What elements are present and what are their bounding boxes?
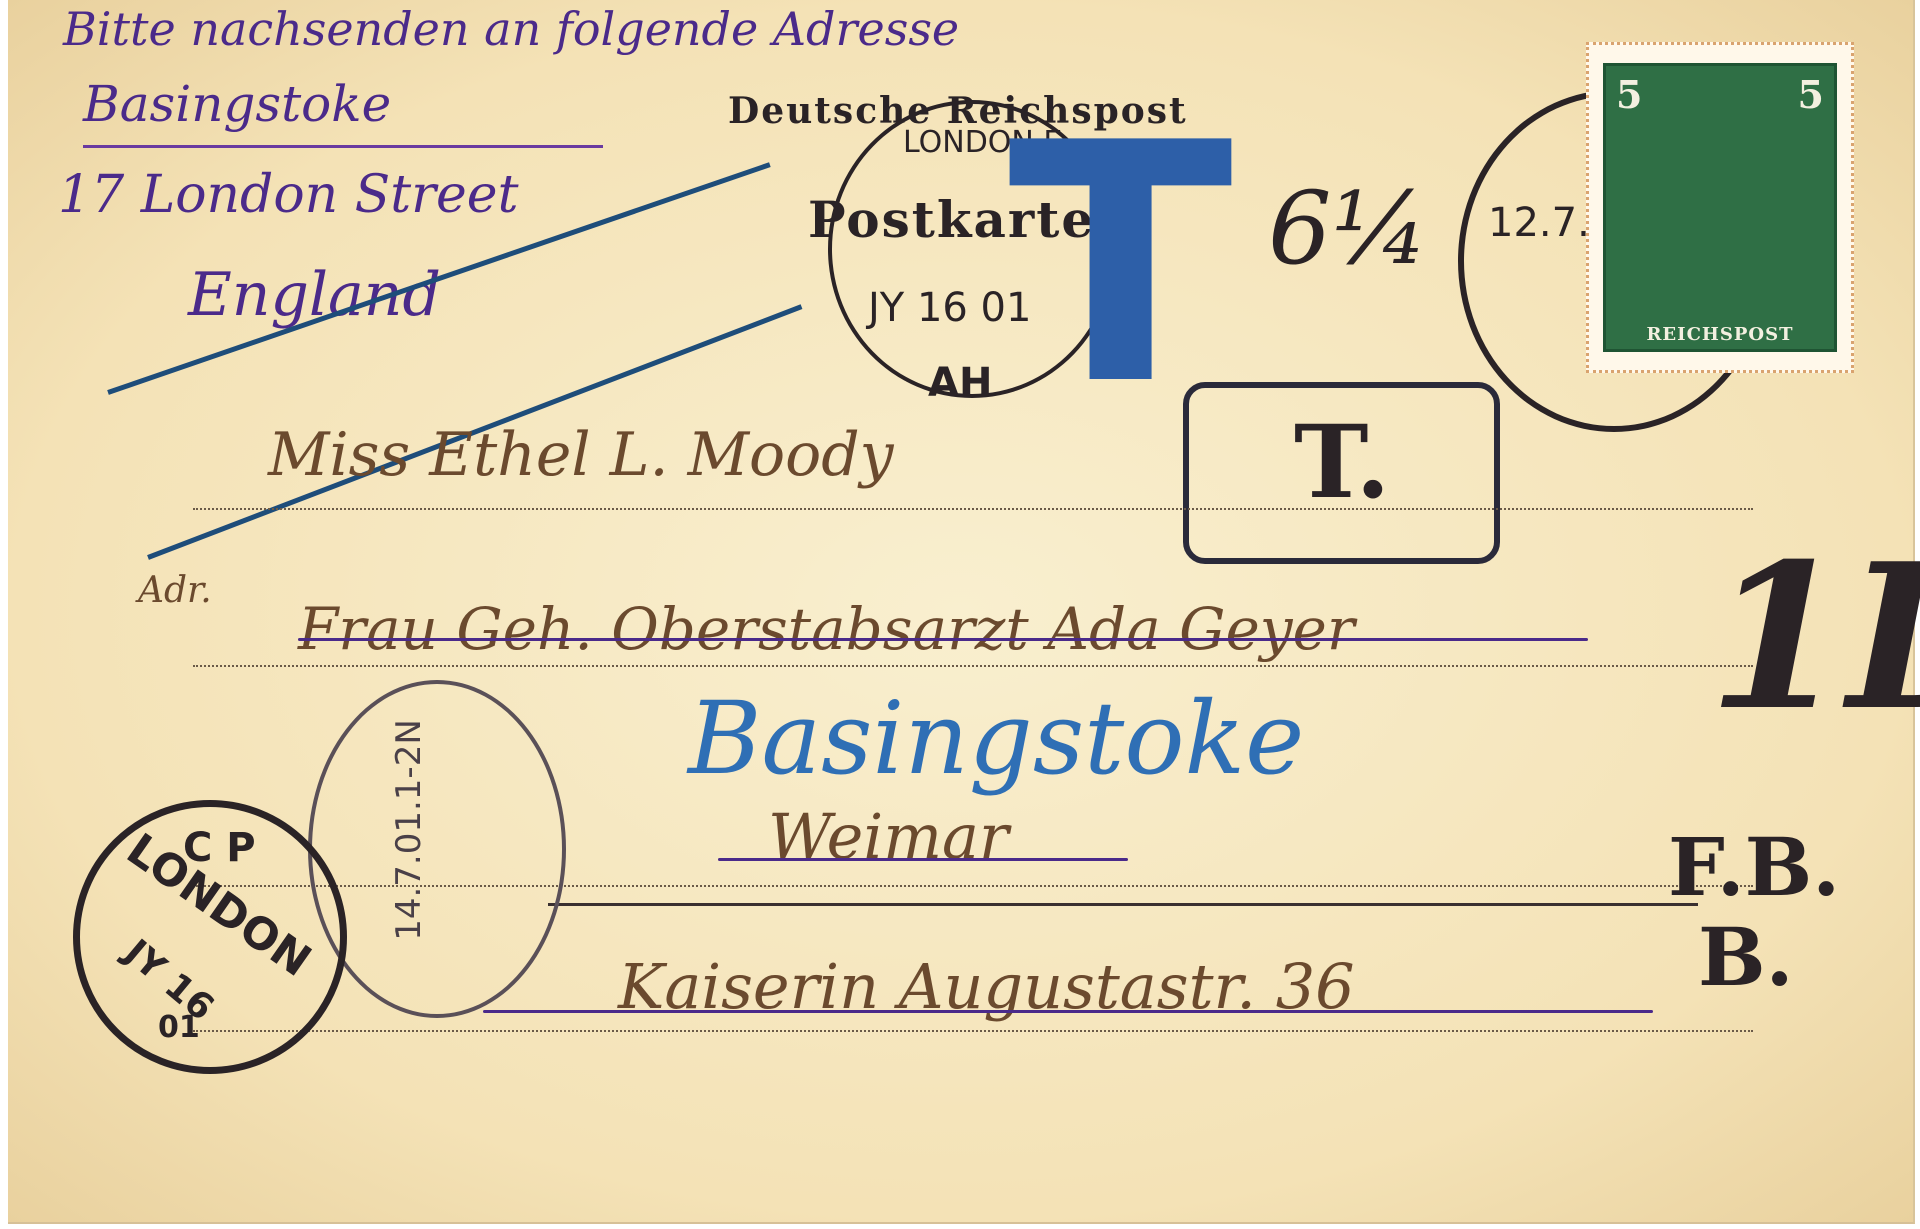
boxed-t-mark: T. [1183,382,1500,564]
tax-amount: 6¼ [1268,170,1429,287]
handwritten-forwarding-note: Bitte nachsenden an folgende Adresse [63,2,959,56]
postcard: Bitte nachsenden an folgende Adresse Bas… [8,0,1915,1224]
address-city-struck: Weimar [768,800,1009,873]
underline [83,145,603,148]
handwritten-redirect-name: Basingstoke [83,75,391,133]
address-inserted-city: Basingstoke [688,680,1304,797]
tax-mark-blue-t: T [1008,100,1233,430]
address-line-name: Miss Ethel L. Moody [268,420,894,490]
postage-stamp: 5 5 REICHSPOST [1586,42,1854,373]
postmark-arrival [308,680,566,1018]
b-mark: B. [1698,910,1793,1004]
postage-due: 1D [1708,520,1920,755]
address-line-struck: Frau Geh. Oberstabsarzt Ada Geyer [298,595,1355,663]
address-prefix: Adr. [138,570,212,611]
fb-mark: F.B. [1668,820,1840,914]
handwritten-redirect-street: 17 London Street [58,165,518,225]
